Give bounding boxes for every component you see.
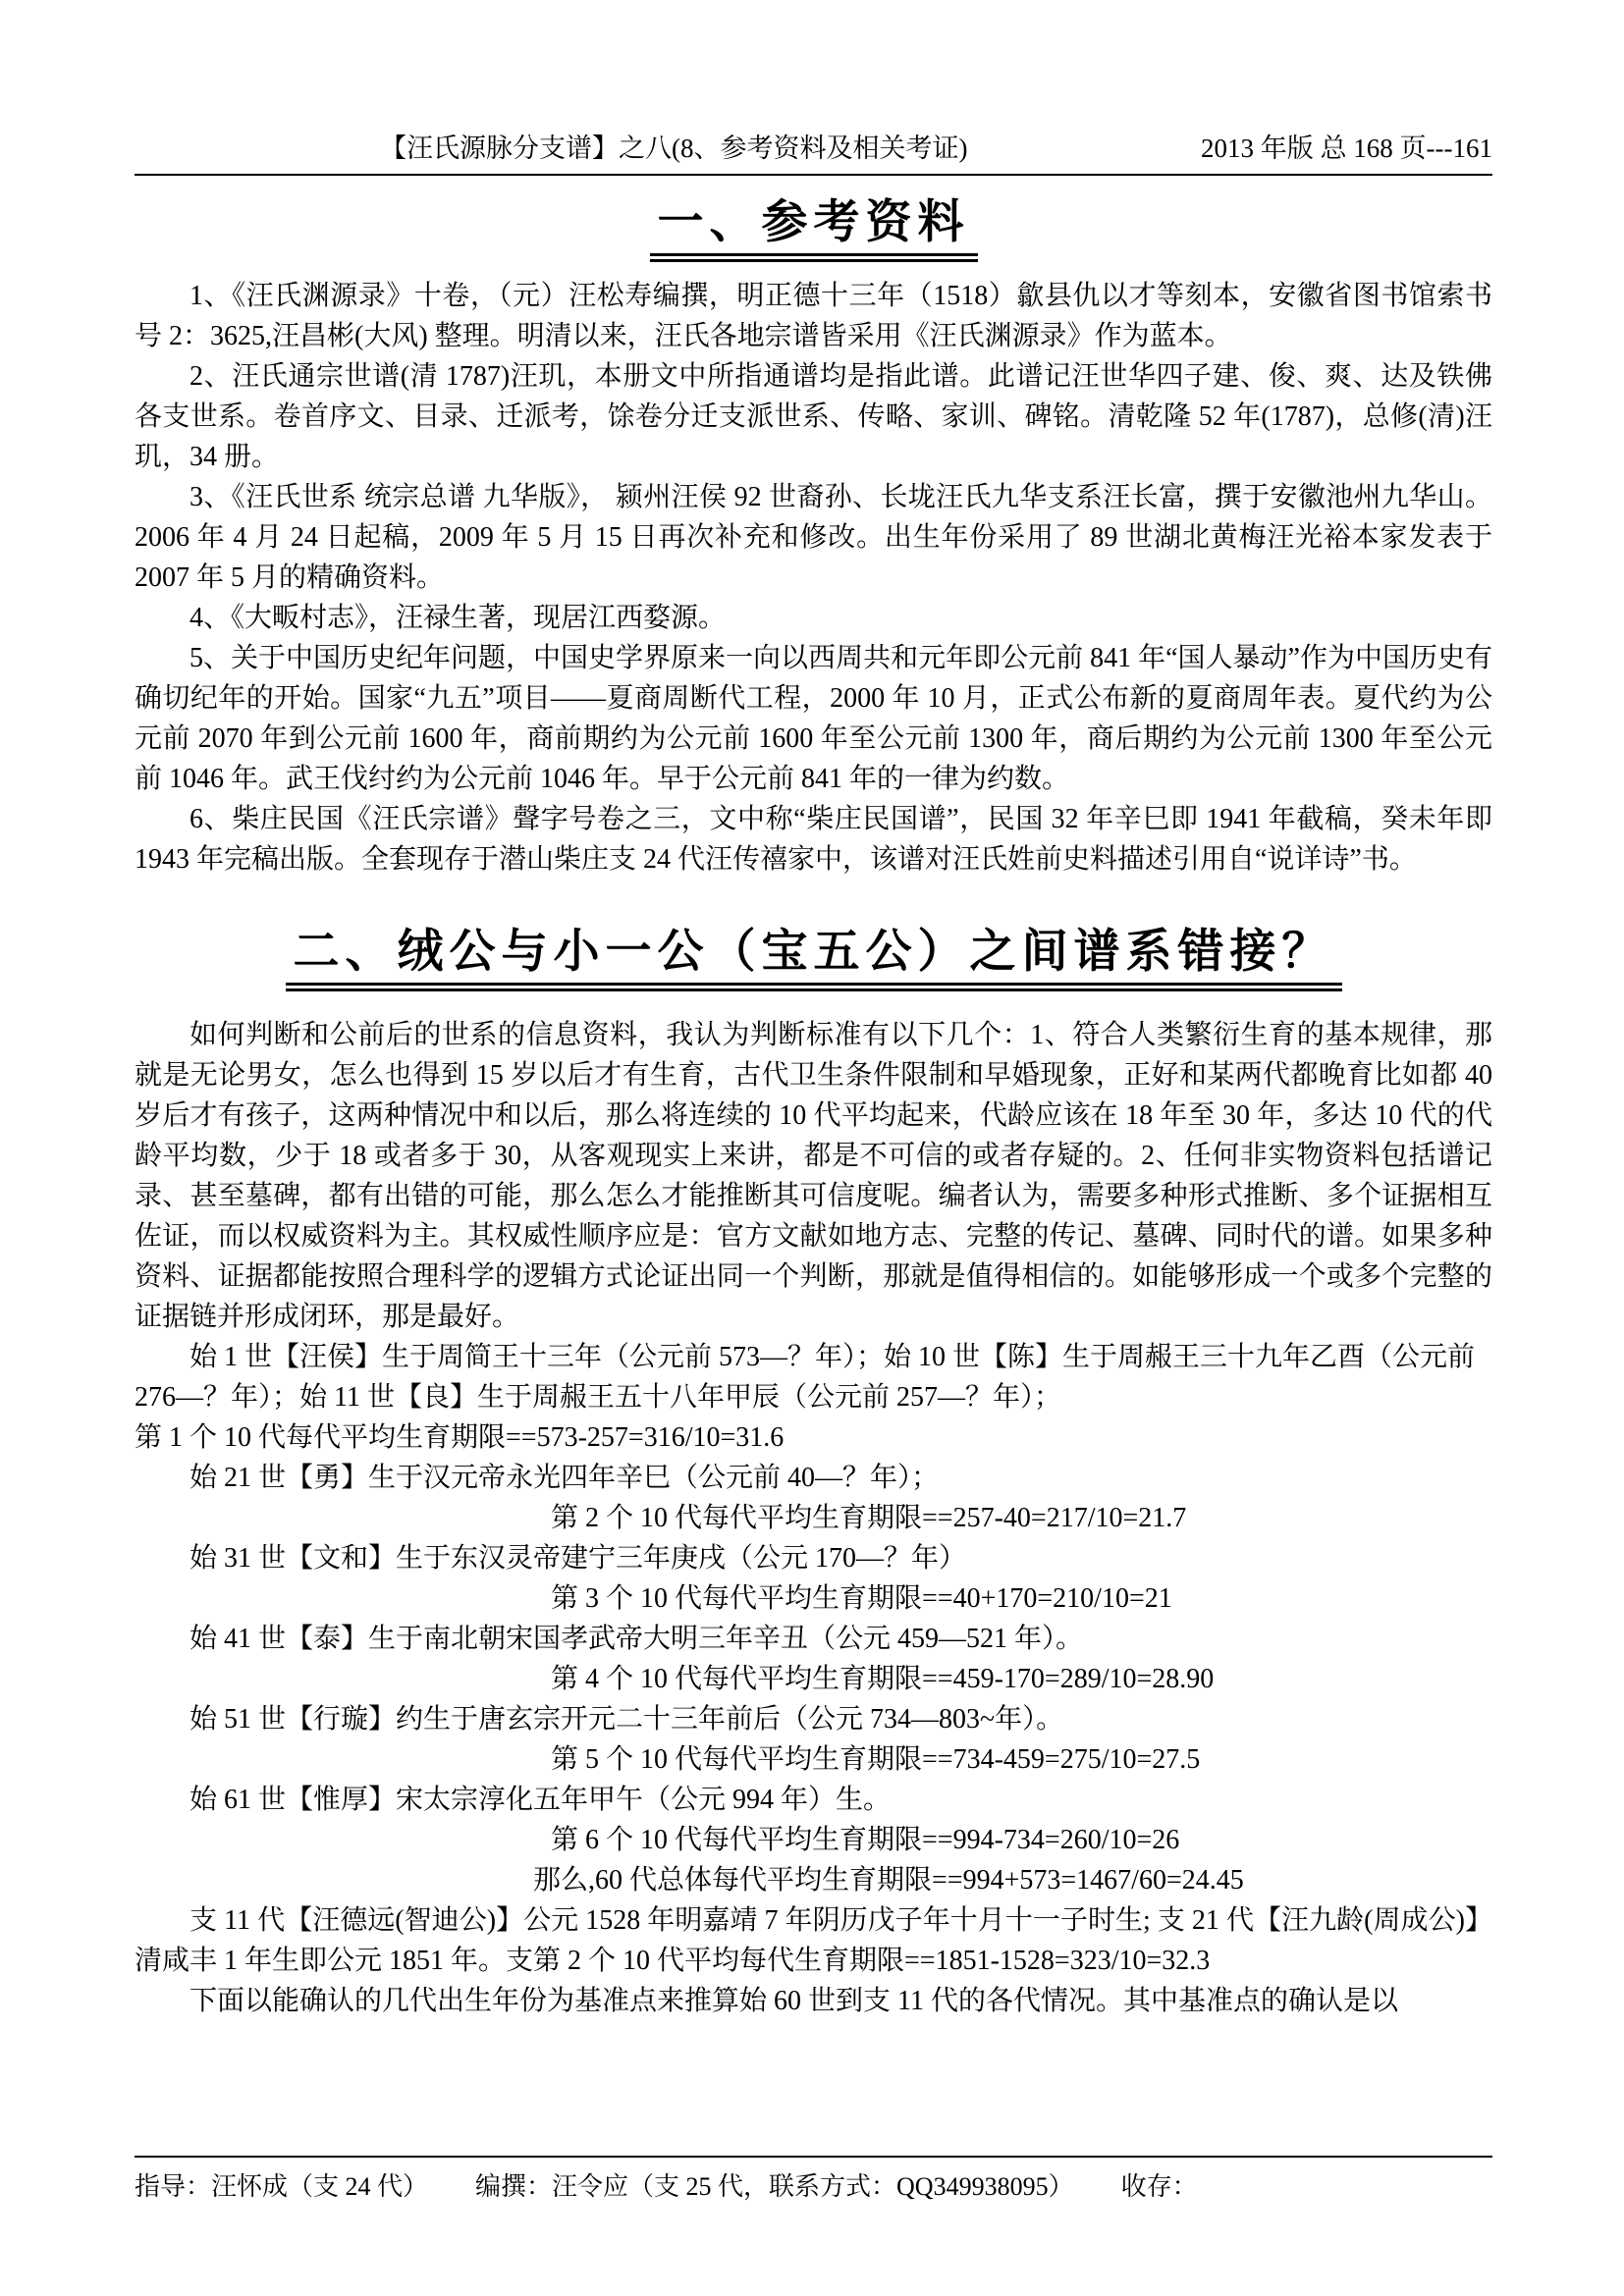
- section1-title-text: 一、参考资料: [650, 195, 978, 262]
- section2-body: 如何判断和公前后的世系的信息资料，我认为判断标准有以下几个：1、符合人类繁衍生育…: [135, 1015, 1492, 2021]
- formula-decade-3: 第 3 个 10 代每代平均生育期限==40+170=210/10=21: [135, 1578, 1492, 1619]
- document-page: 【汪氏源脉分支谱】之八(8、参考资料及相关考证) 2013 年版 总 168 页…: [0, 0, 1624, 2296]
- genealogy-line-gen21: 始 21 世【勇】生于汉元帝永光四年辛巳（公元前 40—？年）；: [135, 1458, 1492, 1498]
- footer-keeper: 收存：: [1121, 2170, 1198, 2204]
- paragraph-ref-2: 2、汪氏通宗世谱(清 1787)汪玑，本册文中所指通谱均是指此谱。此谱记汪世华四…: [135, 356, 1492, 477]
- header-edition-page: 2013 年版 总 168 页---161: [1201, 132, 1492, 165]
- header-book-title: 【汪氏源脉分支谱】之八(8、参考资料及相关考证): [380, 132, 967, 165]
- formula-decade-1: 第 1 个 10 代每代平均生育期限==573-257=316/10=31.6: [135, 1417, 1492, 1458]
- genealogy-line-gen31: 始 31 世【文和】生于东汉灵帝建宁三年庚戌（公元 170—？年）: [135, 1538, 1492, 1578]
- genealogy-line-gen1: 始 1 世【汪侯】生于周简王十三年（公元前 573—？年）；始 10 世【陈】生…: [135, 1337, 1492, 1417]
- footer-editor: 编撰：汪令应（支 25 代，联系方式：QQ349938095）: [475, 2170, 1074, 2204]
- closing-paragraph: 下面以能确认的几代出生年份为基准点来推算始 60 世到支 11 代的各代情况。其…: [135, 1981, 1492, 2021]
- section2-title-text: 二、绒公与小一公（宝五公）之间谱系错接？: [286, 925, 1342, 991]
- genealogy-line-gen41: 始 41 世【泰】生于南北朝宋国孝武帝大明三年辛丑（公元 459—521 年）。: [135, 1619, 1492, 1659]
- genealogy-line-gen51: 始 51 世【行璇】约生于唐玄宗开元二十三年前后（公元 734—803~年）。: [135, 1699, 1492, 1739]
- page-content: 【汪氏源脉分支谱】之八(8、参考资料及相关考证) 2013 年版 总 168 页…: [0, 132, 1624, 2021]
- genealogy-line-branch: 支 11 代【汪德远(智迪公)】公元 1528 年明嘉靖 7 年阴历戊子年十月十…: [135, 1900, 1492, 1981]
- page-footer: 指导：汪怀成（支 24 代） 编撰：汪令应（支 25 代，联系方式：QQ3499…: [135, 2156, 1492, 2204]
- formula-decade-6: 第 6 个 10 代每代平均生育期限==994-734=260/10=26: [135, 1820, 1492, 1860]
- formula-decade-2: 第 2 个 10 代每代平均生育期限==257-40=217/10=21.7: [135, 1498, 1492, 1538]
- paragraph-ref-1: 1、《汪氏渊源录》十卷，（元）汪松寿编撰，明正德十三年（1518）歙县仇以才等刻…: [135, 276, 1492, 356]
- header-rule: [135, 174, 1492, 176]
- formula-decade-5: 第 5 个 10 代每代平均生育期限==734-459=275/10=27.5: [135, 1739, 1492, 1780]
- section1-title: 一、参考资料: [135, 195, 1492, 262]
- genealogy-line-gen61: 始 61 世【惟厚】宋太宗淳化五年甲午（公元 994 年）生。: [135, 1780, 1492, 1820]
- formula-overall-average: 那么,60 代总体每代平均生育期限==994+573=1467/60=24.45: [135, 1860, 1492, 1900]
- section1-body: 1、《汪氏渊源录》十卷，（元）汪松寿编撰，明正德十三年（1518）歙县仇以才等刻…: [135, 276, 1492, 880]
- paragraph-ref-4: 4、《大畈村志》，汪禄生著，现居江西婺源。: [135, 598, 1492, 638]
- paragraph-ref-5: 5、关于中国历史纪年问题，中国史学界原来一向以西周共和元年即公元前 841 年“…: [135, 638, 1492, 799]
- section2-title: 二、绒公与小一公（宝五公）之间谱系错接？: [135, 925, 1492, 991]
- section2-intro-paragraph: 如何判断和公前后的世系的信息资料，我认为判断标准有以下几个：1、符合人类繁衍生育…: [135, 1015, 1492, 1337]
- running-header: 【汪氏源脉分支谱】之八(8、参考资料及相关考证) 2013 年版 总 168 页…: [135, 132, 1492, 165]
- footer-director: 指导：汪怀成（支 24 代）: [135, 2170, 428, 2204]
- paragraph-ref-6: 6、柴庄民国《汪氏宗谱》聲字号卷之三，文中称“柴庄民国谱”，民国 32 年辛巳即…: [135, 799, 1492, 880]
- formula-decade-4: 第 4 个 10 代每代平均生育期限==459-170=289/10=28.90: [135, 1659, 1492, 1699]
- paragraph-ref-3: 3、《汪氏世系 统宗总谱 九华版》， 颍州汪侯 92 世裔孙、长垅汪氏九华支系汪…: [135, 477, 1492, 598]
